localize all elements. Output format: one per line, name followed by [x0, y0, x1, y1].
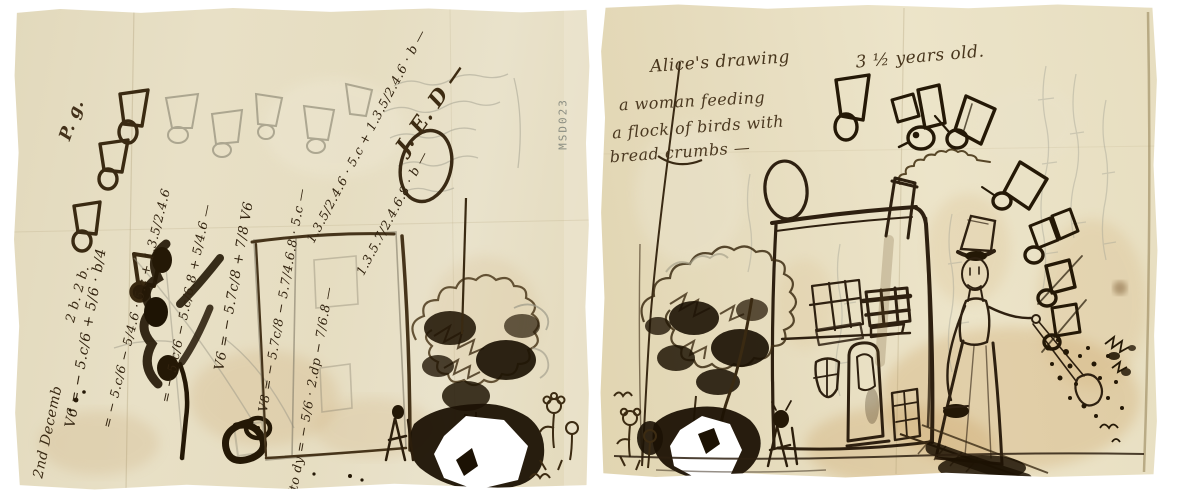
left-manuscript-page: P. g. V6 = − 5.c/6 + 5/6 · b/4 = − 5.c/6… — [14, 8, 590, 490]
right-manuscript-page: Alice's drawing 3 ½ years old. a woman f… — [600, 4, 1158, 478]
paper-hole-cutout — [409, 404, 544, 490]
ink-oval-doodle — [762, 159, 810, 221]
manuscript-scan: P. g. V6 = − 5.c/6 + 5/6 · b/4 = − 5.c/6… — [0, 0, 1200, 500]
chimney-smoke — [899, 150, 990, 185]
paper-hole-cutout — [637, 407, 761, 478]
right-page-ink-drawing — [600, 4, 1158, 478]
archive-reference-mark: MSD023 — [557, 98, 570, 150]
